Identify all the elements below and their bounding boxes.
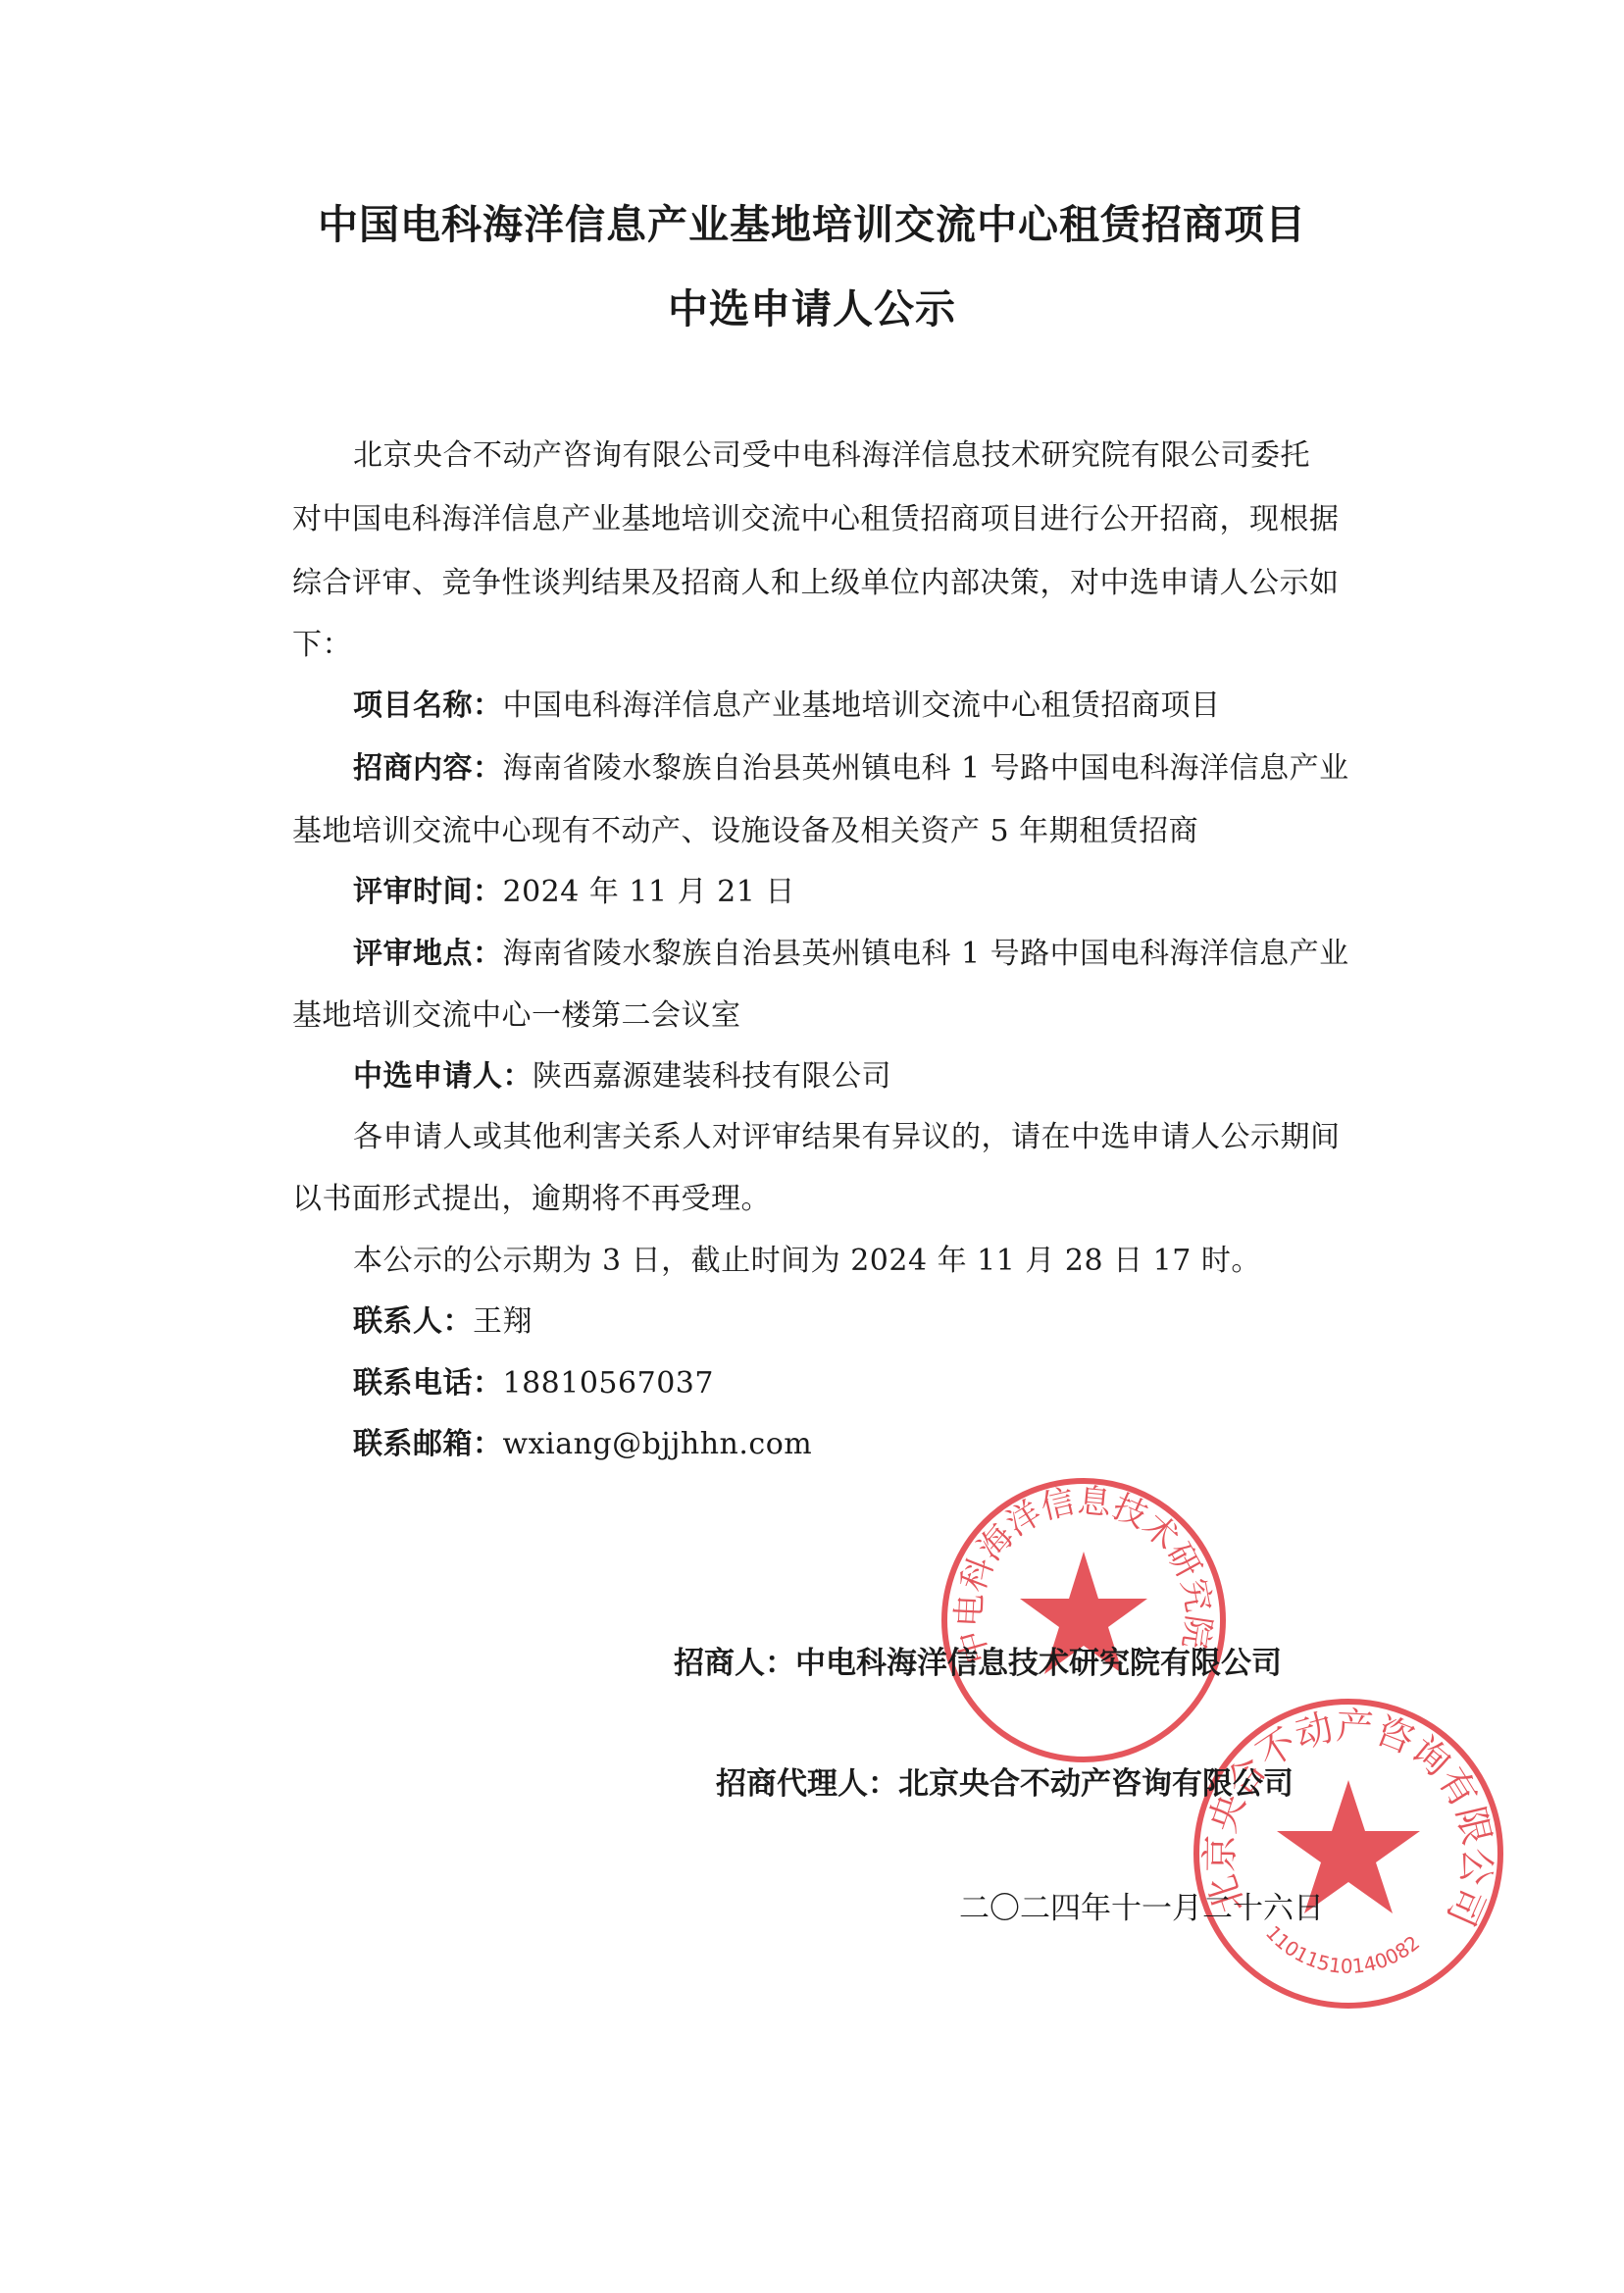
winner-row: 中选申请人：陕西嘉源建装科技有限公司 bbox=[353, 1057, 891, 1096]
content-label: 招商内容： bbox=[353, 751, 503, 786]
document-date: 二〇二四年十一月二十六日 bbox=[959, 1883, 1324, 1927]
objection-line-2: 以书面形式提出，逾期将不再受理。 bbox=[292, 1180, 771, 1219]
contact-email-value: wxiang@bjjhhn.com bbox=[503, 1427, 813, 1461]
project-name-label: 项目名称： bbox=[353, 688, 503, 723]
project-name-value: 中国电科海洋信息产业基地培训交流中心租赁招商项目 bbox=[503, 688, 1221, 723]
contact-email-row: 联系邮箱：wxiang@bjjhhn.com bbox=[353, 1425, 812, 1464]
contact-person-label: 联系人： bbox=[353, 1304, 473, 1339]
review-time-value: 2024 年 11 月 21 日 bbox=[503, 875, 795, 909]
intro-line-2: 对中国电科海洋信息产业基地培训交流中心租赁招商项目进行公开招商，现根据 bbox=[292, 500, 1340, 539]
contact-person-value: 王翔 bbox=[473, 1304, 533, 1339]
review-place-label: 评审地点： bbox=[353, 937, 503, 971]
intro-line-1: 北京央合不动产咨询有限公司受中电科海洋信息技术研究院有限公司委托 bbox=[353, 436, 1310, 476]
agent-seal-icon: 北京央合不动产咨询有限公司 1101151014008​2 bbox=[1187, 1692, 1510, 2015]
contact-email-label: 联系邮箱： bbox=[353, 1427, 503, 1461]
content-value: 海南省陵水黎族自治县英州镇电科 1 号路中国电科海洋信息产业 bbox=[503, 751, 1349, 786]
document-title: 中国电科海洋信息产业基地培训交流中心租赁招商项目 bbox=[0, 192, 1624, 250]
project-name-row: 项目名称：中国电科海洋信息产业基地培训交流中心租赁招商项目 bbox=[353, 687, 1221, 726]
review-time-row: 评审时间：2024 年 11 月 21 日 bbox=[353, 873, 795, 912]
agent-signature: 招商代理人：北京央合不动产咨询有限公司 bbox=[716, 1758, 1294, 1803]
period-line: 本公示的公示期为 3 日，截止时间为 2024 年 11 月 28 日 17 时… bbox=[353, 1242, 1261, 1281]
contact-phone-label: 联系电话： bbox=[353, 1366, 503, 1401]
contact-phone-row: 联系电话：18810567037 bbox=[353, 1364, 714, 1403]
review-time-label: 评审时间： bbox=[353, 875, 503, 909]
objection-line-1: 各申请人或其他利害关系人对评审结果有异议的，请在中选申请人公示期间 bbox=[353, 1118, 1341, 1157]
winner-label: 中选申请人： bbox=[353, 1059, 533, 1094]
review-place-value: 海南省陵水黎族自治县英州镇电科 1 号路中国电科海洋信息产业 bbox=[503, 937, 1349, 971]
winner-value: 陕西嘉源建装科技有限公司 bbox=[533, 1059, 891, 1094]
intro-line-3: 综合评审、竞争性谈判结果及招商人和上级单位内部决策，对中选申请人公示如 bbox=[292, 564, 1340, 603]
document-subtitle: 中选申请人公示 bbox=[0, 277, 1624, 334]
svg-text:1101151014008​2: 1101151014008​2 bbox=[1261, 1921, 1424, 1978]
tenderer-signature: 招商人：中电科海洋信息技术研究院有限公司 bbox=[674, 1638, 1282, 1682]
contact-person-row: 联系人：王翔 bbox=[353, 1302, 533, 1342]
intro-line-4: 下： bbox=[292, 626, 352, 665]
content-row: 招商内容：海南省陵水黎族自治县英州镇电科 1 号路中国电科海洋信息产业 bbox=[353, 749, 1349, 789]
review-place-row: 评审地点：海南省陵水黎族自治县英州镇电科 1 号路中国电科海洋信息产业 bbox=[353, 935, 1349, 974]
contact-phone-value: 18810567037 bbox=[503, 1366, 714, 1401]
content-value-cont: 基地培训交流中心现有不动产、设施设备及相关资产 5 年期租赁招商 bbox=[292, 812, 1198, 851]
review-place-value-cont: 基地培训交流中心一楼第二会议室 bbox=[292, 996, 741, 1036]
